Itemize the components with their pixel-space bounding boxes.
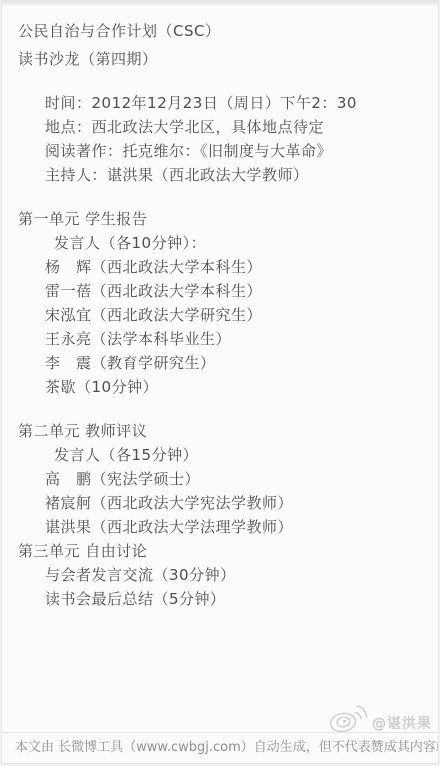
section-heading: 第一单元 学生报告 [18, 207, 428, 231]
doc-line-speaker: 杨 辉（西北政法大学本科生） [18, 255, 428, 279]
doc-line-discussion: 与会者发言交流（30分钟） [18, 563, 428, 587]
doc-title-line: 读书沙龙（第四期） [18, 45, 428, 73]
doc-line-speakers: 发言人（各10分钟）： [18, 231, 428, 255]
spacer [18, 399, 428, 419]
footer-disclaimer: 本文由 长微博工具（www.cwbgj.com）自动生成，但不代表赞成其内容或立… [15, 740, 439, 755]
doc-title-line: 公民自治与合作计划（CSC） [18, 17, 428, 45]
spacer [18, 73, 428, 91]
doc-line-speaker: 高 鹏（宪法学硕士） [18, 467, 428, 491]
doc-line-speaker: 宋泓宜（西北政法大学研究生） [18, 303, 428, 327]
doc-line-speaker: 褚宸舸（西北政法大学宪法学教师） [18, 491, 428, 515]
footer-bar: 本文由 长微博工具（www.cwbgj.com）自动生成，但不代表赞成其内容或立… [2, 732, 438, 763]
section-heading: 第二单元 教师评议 [18, 419, 428, 443]
spacer [18, 187, 428, 207]
doc-line-speaker: 李 震（教育学研究生） [18, 351, 428, 375]
doc-line-host: 主持人：谌洪果（西北政法大学教师） [18, 163, 428, 187]
document-body: 公民自治与合作计划（CSC） 读书沙龙（第四期） 时间：2012年12月23日（… [2, 1, 438, 611]
doc-line-book: 阅读著作：托克维尔：《旧制度与大革命》 [18, 139, 428, 163]
doc-line-speaker: 谌洪果（西北政法大学法理学教师） [18, 515, 428, 539]
weibo-watermark: @谌洪果 [328, 699, 432, 735]
section-heading: 第三单元 自由讨论 [18, 539, 428, 563]
doc-line-speaker: 王永亮（法学本科毕业生） [18, 327, 428, 351]
doc-line-summary: 读书会最后总结（5分钟） [18, 587, 428, 611]
long-weibo-image: 公民自治与合作计划（CSC） 读书沙龙（第四期） 时间：2012年12月23日（… [1, 0, 439, 764]
doc-line-place: 地点：西北政法大学北区，具体地点待定 [18, 115, 428, 139]
doc-line-speaker: 雷一蓓（西北政法大学本科生） [18, 279, 428, 303]
doc-line-break: 茶歇（10分钟） [18, 375, 428, 399]
doc-line-speakers: 发言人（各15分钟） [18, 443, 428, 467]
doc-line-time: 时间：2012年12月23日（周日）下午2：30 [18, 91, 428, 115]
